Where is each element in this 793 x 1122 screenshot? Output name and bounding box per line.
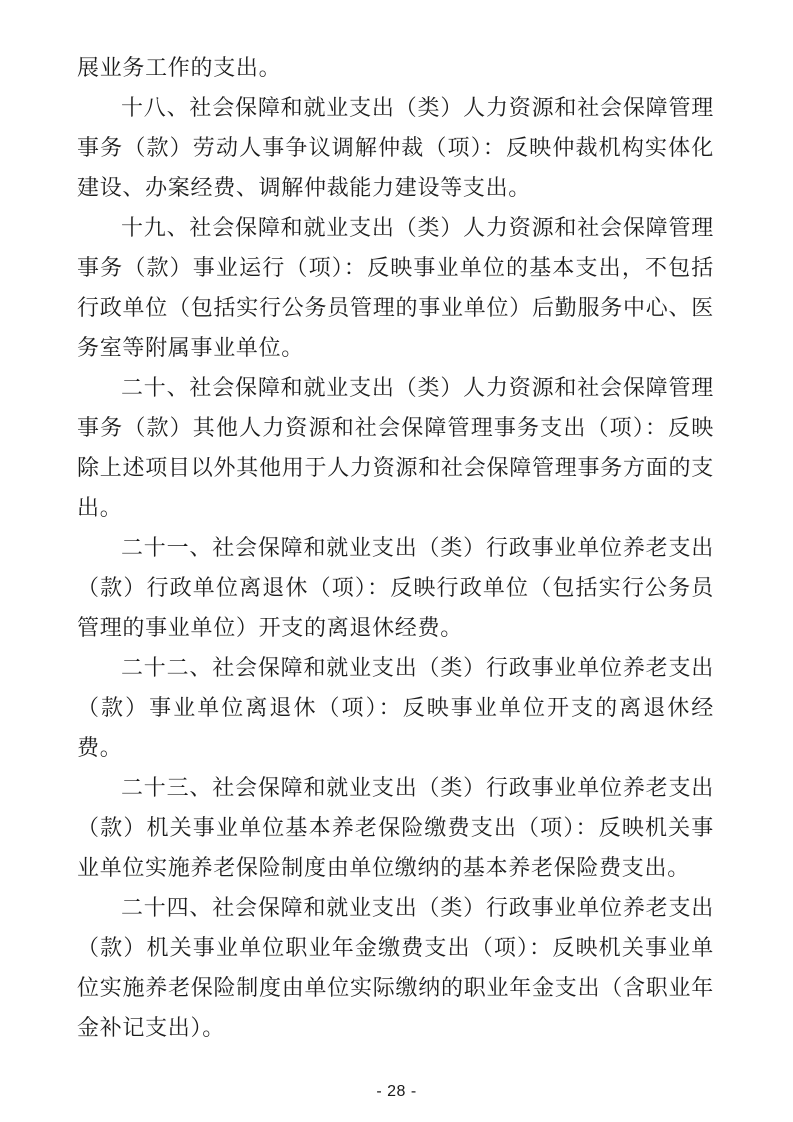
page-footer: - 28 - <box>0 1082 793 1102</box>
paragraph-item-21: 二十一、社会保障和就业支出（类）行政事业单位养老支出（款）行政单位离退休（项）：… <box>77 528 714 648</box>
paragraph-item-23: 二十三、社会保障和就业支出（类）行政事业单位养老支出（款）机关事业单位基本养老保… <box>77 768 714 888</box>
paragraph-item-22: 二十二、社会保障和就业支出（类）行政事业单位养老支出（款）事业单位离退休（项）：… <box>77 648 714 768</box>
paragraph-continuation: 展业务工作的支出。 <box>77 48 714 88</box>
document-body: 展业务工作的支出。 十八、社会保障和就业支出（类）人力资源和社会保障管理事务（款… <box>77 48 714 1048</box>
paragraph-item-24: 二十四、社会保障和就业支出（类）行政事业单位养老支出（款）机关事业单位职业年金缴… <box>77 888 714 1048</box>
paragraph-item-20: 二十、社会保障和就业支出（类）人力资源和社会保障管理事务（款）其他人力资源和社会… <box>77 368 714 528</box>
page-number: - 28 - <box>376 1082 416 1102</box>
paragraph-item-19: 十九、社会保障和就业支出（类）人力资源和社会保障管理事务（款）事业运行（项）：反… <box>77 208 714 368</box>
document-page: 展业务工作的支出。 十八、社会保障和就业支出（类）人力资源和社会保障管理事务（款… <box>0 0 793 1122</box>
paragraph-item-18: 十八、社会保障和就业支出（类）人力资源和社会保障管理事务（款）劳动人事争议调解仲… <box>77 88 714 208</box>
